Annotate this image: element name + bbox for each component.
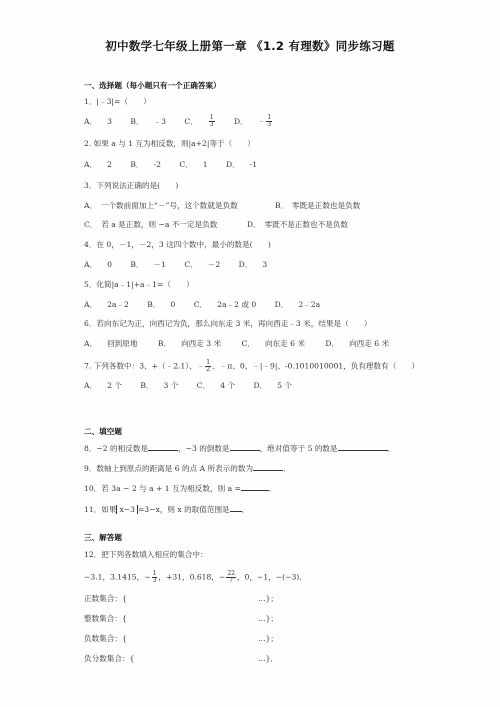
fraction: 13	[266, 115, 272, 128]
question-8: 8．−2 的相反数是，−3 的倒数是，绝对值等于 5 的数是．	[84, 442, 395, 455]
option-a: A．回到原地	[84, 338, 137, 350]
option-b: B．0	[147, 299, 175, 311]
answer-blank[interactable]	[241, 482, 269, 491]
option-c: C．4 个	[197, 380, 235, 392]
answer-blank[interactable]	[148, 442, 178, 451]
answer-blank[interactable]	[253, 462, 283, 471]
option-a: A．2	[84, 159, 112, 171]
question-10: 10．若 3a − 2 与 a + 1 互为相反数，则 a =．	[84, 482, 277, 495]
worksheet-page: 初中数学七年级上册第一章 《1.2 有理数》同步练习题 一、选择题（每小题只有一…	[0, 0, 500, 707]
question-1-options: A．3 B．﹣3 C．13 D．﹣13	[84, 115, 289, 128]
option-c: C．1	[179, 159, 207, 171]
fraction: 13	[152, 571, 158, 584]
answer-blank[interactable]	[230, 442, 260, 451]
question-7-options: A．2 个 B．3 个 C．4 个 D．5 个	[84, 380, 308, 392]
question-3-option-a: A． 一个数前面加上“－”号，这个数就是负数	[84, 200, 238, 212]
question-12-stem: 12．把下列各数填入相应的集合中：	[84, 549, 208, 561]
option-d: D．-1	[226, 159, 257, 171]
answer-blank[interactable]	[230, 503, 242, 512]
section-heading-multiple-choice: 一、选择题（每小题只有一个正确答案）	[84, 80, 221, 91]
question-5-options: A．2a﹣2 B．0 C．2a﹣2 或 0 D．2﹣2a	[84, 299, 336, 311]
question-11: 11．如果x−3=3−x，则 x 的取值范围是．	[84, 503, 249, 516]
question-1-stem: 1．|﹣3|=（ ）	[84, 96, 151, 108]
set-positive-label: 正数集合：{	[84, 593, 127, 604]
question-9: 9．数轴上到原点的距离是 6 的点 A 所表示的数为．	[84, 462, 291, 475]
option-a: A．0	[84, 259, 112, 271]
question-4-stem: 4．在 0，－1，－2，3 这四个数中，最小的数是( )	[84, 239, 271, 251]
question-3-option-d: D． 零既不是正数也不是负数	[247, 219, 348, 231]
set-integer-end: …}；	[258, 613, 278, 624]
option-a: A．2a﹣2	[84, 299, 129, 311]
option-c: C．13	[184, 115, 215, 128]
option-a: A．2 个	[84, 380, 122, 392]
question-3-option-b: B． 零既是正数也是负数	[275, 200, 360, 212]
fraction: 13	[209, 115, 215, 128]
option-d: D．3	[239, 259, 268, 271]
option-b: B．3 个	[140, 380, 178, 392]
option-b: B．-2	[130, 159, 161, 171]
option-c: C．－2	[184, 259, 220, 271]
option-d: D．2﹣2a	[275, 299, 320, 311]
question-12-numbers: −3.1，3.1415，−13，+31，0.618，−227，0，−1，−(−3…	[84, 571, 307, 584]
absolute-value: x−3	[116, 505, 137, 514]
set-negative-end: …}；	[258, 633, 278, 644]
set-positive-end: …}；	[258, 593, 278, 604]
set-negative-fraction-end: …}．	[258, 653, 278, 664]
question-6-options: A．回到原地 B．向西走 3 米 C．向东走 6 米 D．向西走 6 米	[84, 338, 405, 350]
page-title: 初中数学七年级上册第一章 《1.2 有理数》同步练习题	[0, 38, 500, 54]
fraction: 12	[205, 360, 211, 373]
set-integer-label: 整数集合：{	[84, 613, 127, 624]
question-6-stem: 6．若向东记为正，向西记为负，那么向东走 3 米，再向西走﹣3 米，结果是（ ）	[84, 318, 372, 330]
question-2-stem: 2. 如果 a 与 1 互为相反数，则|a+2|等于（ ）	[84, 138, 255, 150]
answer-blank[interactable]	[338, 442, 388, 451]
question-5-stem: 5．化简|a﹣1|+a﹣1=（ ）	[84, 279, 194, 291]
question-3-stem: 3．下列说法正确的是( )	[84, 180, 178, 192]
question-7-stem: 7. 下列各数中：3、+（﹣2.1）、﹣12、﹣π、0、﹣|﹣9|、-0.101…	[84, 360, 419, 373]
option-b: B．－1	[130, 259, 166, 271]
set-negative-fraction-label: 负分数集合：{	[84, 653, 134, 664]
option-d: D．向西走 6 米	[325, 338, 389, 350]
option-c: C．向东走 6 米	[242, 338, 305, 350]
option-b: B．﹣3	[130, 116, 166, 128]
option-a: A．3	[84, 116, 112, 128]
fraction: 227	[226, 571, 236, 584]
question-2-options: A．2 B．-2 C．1 D．-1	[84, 159, 273, 171]
question-3-option-c: C． 若 a 是正数，则 −a 不一定是负数	[84, 219, 217, 231]
option-d: D．5 个	[253, 380, 292, 392]
option-c: C．2a﹣2 或 0	[194, 299, 256, 311]
section-heading-solutions: 三、解答题	[84, 532, 122, 543]
option-b: B．向西走 3 米	[158, 338, 221, 350]
option-d: D．﹣13	[234, 115, 273, 128]
section-heading-fill-in: 二、填空题	[84, 426, 122, 437]
question-4-options: A．0 B．－1 C．－2 D．3	[84, 259, 283, 271]
set-negative-label: 负数集合：{	[84, 633, 127, 644]
